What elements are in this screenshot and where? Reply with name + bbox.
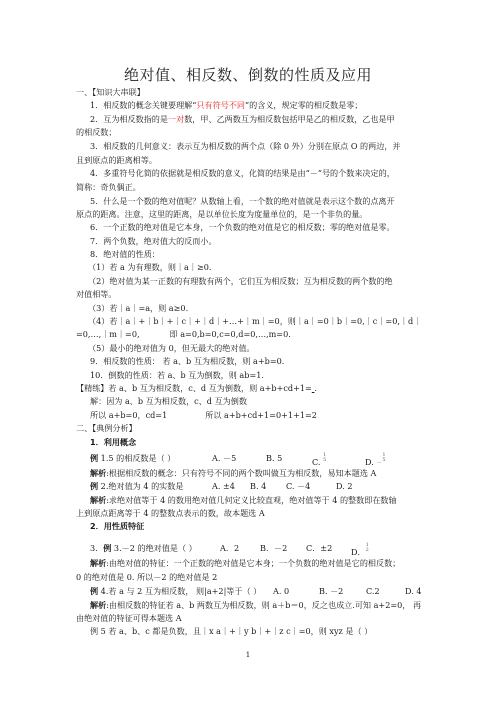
example-2-option-d: D. 2 — [336, 481, 353, 492]
analysis-1: 解析:根据相反数的概念：只有符号不同的两个数叫做互为相反数，易知本题选 A — [90, 468, 435, 479]
page-title: 绝对值、相反数、倒数的性质及应用 — [0, 64, 496, 85]
example-1-option-a: A. －5 — [212, 453, 236, 464]
item-4-cont: 简称：奇负偶正。 — [76, 182, 421, 193]
example-2-option-b: B. 4 — [250, 481, 266, 492]
item-8: 8．绝对值的性质： — [90, 249, 435, 260]
fraction: 15 — [382, 453, 385, 463]
example-3: 3．例 3.－2 的绝对值是（ ） A．2 B．－2 C．±2 D．12 — [90, 543, 435, 554]
example-4: 例 4.若 a 与 2 互为相反数， 则|a+2|等于（ ） A. 0 B. －… — [90, 586, 435, 597]
example-1: 例 1.5 的相反数是（ ） A. －5 B. 5 C. 15 D. －15 — [90, 453, 435, 464]
page-number: 1 — [0, 651, 496, 659]
example-3-prefix: 3． — [90, 543, 103, 553]
item-1: 1．相反数的概念关键要理解“只有符号不同”的含义，规定零的相反数是零； — [90, 100, 435, 111]
example-1-option-b: B. 5 — [266, 453, 282, 464]
analysis-4-text: :由相反数的特征若 a、b 两数互为相反数，则 a＋b＝0，反之也成立.可知 a… — [106, 600, 421, 610]
example-2-text: 2.绝对值为 4 的实数是 — [98, 481, 183, 491]
item-8-2: （2）绝对值为某一正数的有理数有两个，它们互为相反数；互为相反数的两个数的绝 — [88, 276, 433, 287]
item-3: 3．相反数的几何意义：表示互为相反数的两个点（除 0 外）分别在原点 O 的两边… — [90, 141, 435, 152]
item-8-4-cont-b: 即 a=0,b=0,c=0,d=0,…,m=0. — [170, 329, 291, 339]
item-2-text-end: 数，甲、乙两数互为相反数包括甲是乙的相反数，乙也是甲 — [184, 114, 394, 124]
fraction: 15 — [323, 453, 326, 463]
example-2: 例 2.绝对值为 4 的实数是 A. ±4 B. 4 C. －4 D. 2 — [90, 481, 435, 492]
practice-solution-2: 所以 a+b=0，cd=1所以 a+b+cd+1=0+1+1=2 — [90, 410, 435, 421]
option-d-label: D． — [351, 547, 366, 557]
section-heading-examples: 二、【典例分析】 — [76, 423, 421, 434]
item-5: 5．什么是一个数的绝对值呢？从数轴上看，一个数的绝对值就是表示这个数的点离开 — [90, 196, 435, 207]
item-7: 7．两个负数，绝对值大的反而小。 — [90, 236, 435, 247]
item-1-text-end: ”的含义，规定零的相反数是零； — [245, 100, 362, 110]
analysis-4-label: 解析 — [90, 600, 106, 610]
practice-end: . — [314, 383, 317, 393]
item-8-4-cont-a: =0,…,｜m｜=0, — [76, 329, 140, 339]
analysis-1-label: 解析 — [90, 468, 106, 478]
example-4-option-c: C.2 — [366, 586, 380, 597]
example-4-option-a: A. 0 — [273, 586, 289, 597]
analysis-2-label: 解析 — [90, 495, 106, 505]
item-10: 10．倒数的性质：若 a、b 互为倒数，则 ab=1. — [90, 370, 435, 381]
analysis-2-text: :求绝对值等于 4 的数用绝对值几何定义比较直观，绝对值等于 4 的整数即在数轴 — [106, 495, 396, 505]
item-3-cont: 且到原点的距离相等。 — [76, 155, 421, 166]
denominator: 5 — [382, 458, 385, 463]
practice-solution-2b: 所以 a+b+cd+1=0+1+1=2 — [205, 410, 317, 420]
fraction: 12 — [366, 543, 369, 553]
item-8-2-cont: 对值相等。 — [76, 289, 421, 300]
item-2-cont: 的相反数； — [76, 127, 421, 138]
analysis-4-cont: 由绝对值的特征可得本题选 A — [76, 613, 421, 624]
practice-question: 【精练】若 a、b 互为相反数，c、d 互为倒数，则 a+b+cd+1= . — [76, 383, 421, 394]
analysis-3-text: :由绝对值的特征：一个正数的绝对值是它本身；一个负数的绝对值是它的相反数； — [106, 558, 400, 568]
practice-text: 若 a、b 互为相反数，c、d 互为倒数，则 a+b+cd+1= — [108, 383, 311, 393]
practice-label: 【精练】 — [76, 383, 108, 393]
item-8-1: （1）若 a 为有理数，则｜a｜≥0. — [88, 262, 433, 273]
example-3-option-b: B．－2 — [260, 543, 287, 554]
item-8-5: （5）最小的绝对值为 0，但无最大的绝对值。 — [88, 343, 433, 354]
example-1-option-c: C. 15 — [312, 453, 326, 468]
example-3-option-c: C．±2 — [306, 543, 332, 554]
example-1-text: 1.5 的相反数是（ ） — [98, 453, 175, 463]
example-3-text: 3.－2 的绝对值是（ ） — [111, 543, 196, 553]
example-2-option-c: C. －4 — [286, 481, 310, 492]
analysis-1-text: :根据相反数的概念：只有符号不同的两个数叫做互为相反数，易知本题选 A — [106, 468, 376, 478]
item-6: 6．一个正数的绝对值是它本身，一个负数的绝对值是它的相反数；零的绝对值是零。 — [90, 222, 435, 233]
example-4-option-b: B. －2 — [319, 586, 343, 597]
example-5: 例 5 若 a、b、c 都是负数，且｜x a｜+｜y b｜+｜z c｜=0，则 … — [90, 626, 435, 637]
example-3-option-a: A．2 — [220, 543, 239, 554]
analysis-3-label: 解析 — [90, 558, 106, 568]
item-1-highlight: 只有符号不同 — [196, 100, 245, 110]
document-page: 绝对值、相反数、倒数的性质及应用 一、【知识大串联】 1．相反数的概念关键要理解… — [0, 0, 496, 702]
item-8-3: （3）若｜a｜=a，则 a≥0. — [88, 303, 433, 314]
subheading-property: 2．用性质特征 — [90, 521, 435, 532]
item-9: 9．相反数的性质： 若 a、b 互为相反数，则 a+b=0. — [90, 356, 435, 367]
example-4-label: 例 — [90, 586, 98, 596]
subheading-concept: 1．利用概念 — [90, 437, 435, 448]
section-heading-knowledge: 一、【知识大串联】 — [76, 87, 421, 98]
option-c-label: C. — [312, 457, 320, 467]
example-4-text: 4.若 a 与 2 互为相反数， 则|a+2|等于（ ） — [98, 586, 261, 596]
analysis-3: 解析:由绝对值的特征：一个正数的绝对值是它本身；一个负数的绝对值是它的相反数； — [90, 558, 435, 569]
item-2-highlight: 一对 — [168, 114, 184, 124]
analysis-2-cont: 上到原点距离等于 4 的整数点表示的数，故本题选 A — [76, 508, 421, 519]
analysis-3-cont: 0 的绝对值是 0. 所以－2 的绝对值是 2 — [76, 572, 421, 583]
denominator: 2 — [366, 548, 369, 553]
item-8-4: （4）若｜a｜+｜b｜+｜c｜+｜d｜+…+｜m｜=0，则｜a｜=0｜b｜=0,… — [88, 316, 433, 327]
example-4-option-d: D. 4 — [405, 586, 422, 597]
example-2-option-a: A. ±4 — [212, 481, 235, 492]
item-2: 2．互为相反数指的是一对数，甲、乙两数互为相反数包括甲是乙的相反数，乙也是甲 — [90, 114, 435, 125]
analysis-4: 解析:由相反数的特征若 a、b 两数互为相反数，则 a＋b＝0，反之也成立.可知… — [90, 600, 435, 611]
denominator: 5 — [323, 458, 326, 463]
example-2-label: 例 — [90, 481, 98, 491]
analysis-2: 解析:求绝对值等于 4 的数用绝对值几何定义比较直观，绝对值等于 4 的整数即在… — [90, 495, 435, 506]
item-8-4-cont: =0,…,｜m｜=0,即 a=0,b=0,c=0,d=0,…,m=0. — [76, 329, 421, 340]
item-1-text: 1．相反数的概念关键要理解“ — [90, 100, 196, 110]
item-5-cont: 原点的距离。注意，这里的距离，是以单位长度为度量单位的，是一个非负的量。 — [76, 209, 421, 220]
practice-solution-2a: 所以 a+b=0，cd=1 — [90, 410, 167, 420]
example-1-label: 例 — [90, 453, 98, 463]
item-2-text: 2．互为相反数指的是 — [90, 114, 168, 124]
option-d-label: D. — [365, 457, 374, 467]
example-1-option-d: D. －15 — [365, 453, 386, 469]
practice-solution-1: 解：因为 a、b 互为相反数，c、d 互为倒数 — [90, 396, 435, 407]
item-4: 4．多重符号化简的依据就是相反数的意义，化简的结果是由“－”号的个数来决定的， — [90, 168, 435, 179]
example-3-option-d: D．12 — [351, 543, 369, 558]
